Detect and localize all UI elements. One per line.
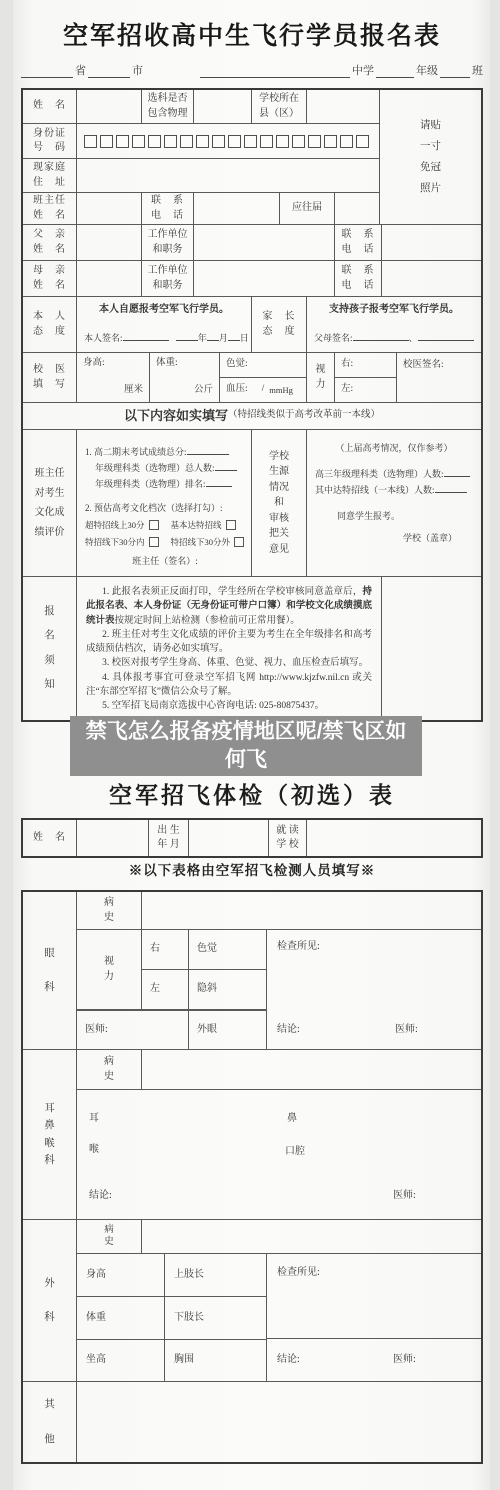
section-header-note: （特招线类似于高考改革前一本线） [228,409,380,423]
blank-self-sign [123,329,169,341]
parent-attitude-label: 家 长 态 度 [263,310,296,339]
ent-doctor-label: 医师: [393,1189,416,1204]
color-bp-cell: 色觉: 血压: / mmHg [220,353,307,402]
surgery-sitting-label: 坐高 [86,1353,106,1368]
other-label: 其 他 [44,1396,55,1448]
evaluation-content-cell: 1. 高二期末考试成绩总分: 年级理科类（选物理）总人数: 年级理科类（选物理）… [77,430,252,576]
f2-school-value-cell [307,820,481,856]
surgery-chest-label: 胸围 [174,1353,194,1368]
f2-name-label: 姓 名 [33,831,66,846]
notice-item-1: 1. 此报名表须正反面打印，学生经所在学校审核同意盖章后，持此报名表、本人身份证… [86,585,372,628]
surgery-weight-cell: 体重 [77,1297,165,1339]
eval-line3-text: 年级理科类（选物理）排名: [95,479,206,489]
other-value-cell [77,1382,481,1462]
teacher-value-cell [77,193,142,224]
notice-empty-cell [382,577,481,720]
form1-top-block: 姓 名 选科是否 包含物理 学校所在 县（区） 身份证 号 码 现家庭 住 址 … [23,90,481,225]
id-digit-box [324,135,337,148]
school-grade-class-group: 中学 年级 班 [200,62,483,78]
row-attitude: 本 人 态 度 本人自愿报考空军飞行学员。 本人签名: 年月日 家 长 态 度 … [23,297,481,353]
surgery-label-cell: 外 科 [23,1220,77,1381]
eye-doctor-row: 医师: 外眼 [77,1010,266,1049]
eval-line-1: 1. 高二期末考试成绩总分: [85,443,245,459]
name-label-cell: 姓 名 [23,90,77,123]
status-value-cell [335,193,379,224]
mother-phone-label-cell: 联 系 电 话 [335,261,382,296]
blank-total-score [187,443,229,455]
address-value-cell [77,159,379,192]
father-label: 父 亲 姓 名 [33,228,66,257]
mother-phone-label: 联 系 电 话 [342,264,375,293]
vision-label-cell: 视 力 [307,353,335,402]
eye-doctor-cell: 医师: [77,1011,189,1049]
vision-left-label: 左: [341,383,353,397]
prev-exam-note: （上届高考情况，仅作参考） [315,442,473,456]
notice-content-cell: 1. 此报名表须正反面打印，学生经所在学校审核同意盖章后，持此报名表、本人身份证… [77,577,382,720]
notice-item-5: 5. 空军招飞局南京选拔中心咨询电话: 025-80875437。 [86,699,372,713]
f2-name-value-cell [77,820,149,856]
month-label: 月 [219,333,228,343]
name-value-cell [77,90,142,123]
weight-label: 体重: [156,357,213,371]
checkbox3-box [149,537,159,547]
ent-label-cell: 耳 鼻 喉 科 [23,1050,77,1219]
self-attitude-label: 本 人 态 度 [33,310,66,339]
blood-pressure-subcell: 血压: / mmHg [220,378,306,402]
father-phone-label-cell: 联 系 电 话 [335,225,382,260]
eye-color-label: 色觉 [197,942,217,957]
id-digit-box [356,135,369,148]
eye-phoria-cell: 隐斜 [189,970,266,1009]
surgery-history-value-cell [142,1220,481,1253]
eval-checkbox-row-1: 超特招线上30分 基本达特招线 [85,519,245,531]
row-section-header: 以下内容如实填写 （特招线类似于高考改革前一本线） [23,403,481,430]
f2-name-label-cell: 姓 名 [23,820,77,856]
eye-vision-label-cell: 视 力 [77,930,142,1009]
form1-title: 空军招收高中生飞行学员报名表 [21,16,483,52]
f2-birth-value-cell [189,820,269,856]
surgery-right-col: 检查所见: 结论: 医师: [267,1254,481,1381]
eval-line1-text: 1. 高二期末考试成绩总分: [85,447,187,457]
id-digit-box [148,135,161,148]
checkbox1-label: 超特招线上30分 [85,519,145,531]
status-label-cell: 应往届 [280,193,335,224]
parent-sign-label: 父母签名: [314,333,353,343]
color-vision-subcell: 色觉: [220,353,306,378]
checkbox2-box [226,520,236,530]
school-seal-line: 学校（盖章） [315,532,473,546]
eye-outer-label: 外眼 [197,1023,217,1038]
surgery-conclusion-cell: 结论: 医师: [267,1339,481,1381]
self-statement: 本人自愿报考空军飞行学员。 [84,303,244,318]
blank-grade [376,66,414,78]
label-province: 省 [75,62,86,78]
form2-fill-note: ※以下表格由空军招飞检测人员填写※ [21,859,483,879]
height-label: 身高: [83,357,143,371]
eye-doctor2-label: 医师: [395,1023,418,1038]
blank-day [228,329,240,341]
surgery-body-row: 身高 上肢长 体重 下肢长 坐高 胸围 [77,1254,481,1381]
checkbox2-label: 基本达特招线 [171,519,222,531]
id-digit-box [196,135,209,148]
blank-month [207,329,219,341]
blank-rank [206,475,232,487]
address-label: 现家庭 住 址 [33,161,66,190]
eye-outer-cell: 外眼 [189,1011,266,1049]
id-digit-box [132,135,145,148]
parent-attitude-label-cell: 家 长 态 度 [252,297,307,352]
f2-school-label: 就 读 学 校 [276,824,299,853]
ent-label: 耳 鼻 喉 科 [44,1100,55,1169]
form2-exam-table: 眼 科 病 史 视 力 右 色觉 [21,890,483,1464]
surgery-findings-label: 检查所见: [277,1266,320,1281]
notice-label-cell: 报 名 须 知 [23,577,77,720]
id-digit-box [116,135,129,148]
eval-line4-text: 2. 预估高考文化档次（选择打勾）: [85,503,223,513]
eye-color-cell: 色觉 [189,930,266,969]
province-city-group: 省 市 [21,62,143,78]
prev-line-1: 高三年级理科类（选物理）人数: [315,465,473,482]
eye-findings-cell: 检查所见: 结论: 医师: [267,930,481,1049]
surgery-upper-cell: 上肢长 [165,1254,266,1296]
color-vision-label: 色觉: [226,358,248,372]
subject-label: 选科是否 包含物理 [148,92,188,121]
form2-title: 空军招飞体检（初选）表 [21,777,483,810]
eye-conclusion-label: 结论: [277,1023,300,1038]
eye-body-row: 视 力 右 色觉 左 隐斜 [77,930,481,1049]
checkbox1-box [149,520,159,530]
form2-identity-row: 姓 名 出 生 年 月 就 读 学 校 [23,820,481,856]
status-label: 应往届 [292,201,322,216]
subject-label-cell: 选科是否 包含物理 [142,90,194,123]
eye-right-label: 右 [150,942,160,957]
father-label-cell: 父 亲 姓 名 [23,225,77,260]
teacher-label: 班主任 姓 名 [33,194,66,223]
evaluation-label-cell: 班主任 对考生 文化成 绩评价 [23,430,77,576]
self-sign-label: 本人签名: [84,333,123,343]
ent-nose-label: 鼻 [287,1112,297,1127]
eye-left-cell: 左 [142,970,189,1009]
mother-phone-cell [382,261,481,296]
eye-history-row: 病 史 [77,892,481,930]
bp-unit: mmHg [269,384,293,396]
id-checkbox-strip [77,124,379,158]
father-phone-cell [382,225,481,260]
id-digit-box [84,135,97,148]
id-digit-box [260,135,273,148]
teacher-sign-line: 班主任（签名）: [85,555,245,568]
parent-attitude-cell: 支持孩子报考空军飞行学员。 父母签名:、 [307,297,481,352]
surgery-lower-label: 下肢长 [174,1311,204,1326]
id-digit-box [164,135,177,148]
doctor-sign-label: 校医签名: [403,359,444,373]
comma: 、 [409,333,418,343]
self-sign-line: 本人签名: 年月日 [84,329,244,345]
father-phone-label: 联 系 电 话 [342,228,375,257]
eye-findings-label: 检查所见: [277,940,320,955]
form1-top-left: 姓 名 选科是否 包含物理 学校所在 县（区） 身份证 号 码 现家庭 住 址 … [23,90,380,224]
surgery-findings-cell: 检查所见: [267,1254,481,1339]
eye-phoria-label: 隐斜 [197,982,217,997]
evaluation-label: 班主任 对考生 文化成 绩评价 [35,464,65,542]
parent-statement: 支持孩子报考空军飞行学员。 [314,303,474,318]
row-id-number: 身份证 号 码 [23,124,379,159]
school-doctor-label-cell: 校 医 填 写 [23,353,77,402]
id-digit-box [340,135,353,148]
surgery-upper-label: 上肢长 [174,1268,204,1283]
eye-left-label: 左 [150,982,160,997]
teacher-label-cell: 班主任 姓 名 [23,193,77,224]
self-attitude-label-cell: 本 人 态 度 [23,297,77,352]
row-mother: 母 亲 姓 名 工作单位 和职务 联 系 电 话 [23,261,481,297]
day-label: 日 [240,333,249,343]
id-digit-box [180,135,193,148]
mother-name-cell [77,261,142,296]
section-ent: 耳 鼻 喉 科 病 史 耳 鼻 喉 口腔 结论: 医师: [23,1050,481,1220]
father-work-label-cell: 工作单位 和职务 [142,225,194,260]
eval-line2-text: 年级理科类（选物理）总人数: [95,463,215,473]
blank-line-count [435,481,467,493]
section-other: 其 他 [23,1382,481,1462]
father-work-cell [194,225,335,260]
surgery-row-1: 身高 上肢长 [77,1254,266,1297]
eye-history-label: 病 史 [104,896,114,925]
surgery-row-2: 体重 下肢长 [77,1297,266,1340]
row-school-doctor: 校 医 填 写 身高: 厘米 体重: 公斤 色觉: 血压: / mmHg 视 力 [23,353,481,403]
checkbox4-label: 特招线下30分外 [171,536,231,548]
ent-throat-label: 喉 [89,1143,99,1158]
section-eye: 眼 科 病 史 视 力 右 色觉 [23,892,481,1050]
other-label-cell: 其 他 [23,1382,77,1462]
ent-ear-label: 耳 [89,1112,99,1127]
subject-value-cell [194,90,252,123]
surgery-weight-label: 体重 [86,1311,106,1326]
prev-line-2: 其中达特招线（一本线）人数: [315,481,473,498]
bp-label: 血压: [226,383,248,397]
notice1-normal: 1. 此报名表须正反面打印，学生经所在学校审核同意盖章后， [102,587,362,597]
mother-work-label-cell: 工作单位 和职务 [142,261,194,296]
eval-line-2: 年级理科类（选物理）总人数: [85,459,245,475]
notice-item-2: 2. 班主任对考生文化成绩的评价主要为考生在全年级排名和高考成绩预估档次，请务必… [86,628,372,657]
surgery-height-label: 身高 [86,1268,106,1283]
surgery-lower-cell: 下肢长 [165,1297,266,1339]
ent-history-value-cell [142,1050,481,1089]
form1-table: 姓 名 选科是否 包含物理 学校所在 县（区） 身份证 号 码 现家庭 住 址 … [21,88,483,722]
father-work-label: 工作单位 和职务 [148,228,188,257]
id-label: 身份证 号 码 [33,127,66,156]
mother-label-cell: 母 亲 姓 名 [23,261,77,296]
blank-parent2 [418,329,474,341]
surgery-row-3: 坐高 胸围 [77,1340,266,1381]
eye-right-cell: 右 [142,930,189,969]
checkbox4-box [234,537,244,547]
eval-line-3: 年级理科类（选物理）排名: [85,475,245,491]
name-label: 姓 名 [33,99,66,114]
surgery-history-label: 病 史 [104,1225,114,1248]
row-notice: 报 名 须 知 1. 此报名表须正反面打印，学生经所在学校审核同意盖章后，持此报… [23,577,481,720]
vision-values-cell: 右: 左: [335,353,397,402]
notice-item-4: 4. 具体报考事宜可登录空军招飞网 http://www.kjzfw.nil.c… [86,671,372,700]
mother-work-cell [194,261,335,296]
vision-label: 视 力 [316,363,326,392]
row-name: 姓 名 选科是否 包含物理 学校所在 县（区） [23,90,379,124]
county-label-cell: 学校所在 县（区） [252,90,307,123]
year-label: 年 [198,333,207,343]
eye-history-value-cell [142,892,481,929]
row-father: 父 亲 姓 名 工作单位 和职务 联 系 电 话 [23,225,481,261]
id-digit-box [212,135,225,148]
surgery-history-label-cell: 病 史 [77,1220,142,1253]
surgery-history-row: 病 史 [77,1220,481,1254]
blank-school [200,66,350,78]
ent-body-cell: 耳 鼻 喉 口腔 结论: 医师: [77,1090,481,1219]
notice-label: 报 名 须 知 [44,600,55,697]
surgery-conclusion-label: 结论: [277,1353,300,1368]
prev-line2-text: 其中达特招线（一本线）人数: [315,485,435,495]
vision-right-subcell: 右: [335,353,396,378]
eval-checkbox-row-2: 特招线下30分内 特招线下30分外 [85,536,245,548]
overlay-banner-text: 禁飞怎么报备疫情地区呢/禁飞区如何飞 [80,718,412,775]
ent-main: 病 史 耳 鼻 喉 口腔 结论: 医师: [77,1050,481,1219]
school-opinion-label-cell: 学校 生源 情况 和 审核 把关 意见 [252,430,307,576]
f2-birth-label: 出 生 年 月 [157,824,180,853]
surgery-doctor-label: 医师: [393,1353,416,1368]
weight-cell: 体重: 公斤 [150,353,220,402]
ent-mouth-label: 口腔 [285,1145,305,1160]
height-unit: 厘米 [83,384,143,398]
eye-left-row: 左 隐斜 [142,970,266,1009]
father-name-cell [77,225,142,260]
section-surgery: 外 科 病 史 身高 上肢长 体重 下肢长 [23,1220,481,1382]
form1-header-line: 省 市 中学 年级 班 [21,60,483,78]
ent-history-label: 病 史 [104,1055,114,1084]
row-teacher: 班主任 姓 名 联 系 电 话 应往届 [23,193,379,224]
f2-birth-label-cell: 出 生 年 月 [149,820,189,856]
row-address: 现家庭 住 址 [23,159,379,193]
surgery-height-cell: 身高 [77,1254,165,1296]
eye-left-grid: 视 力 右 色觉 左 隐斜 [77,930,267,1049]
id-digit-box [276,135,289,148]
notice1-tail: 按规定时间上站检测（参检前可正常用餐）。 [115,616,300,626]
id-digit-box [292,135,305,148]
weight-unit: 公斤 [156,384,213,398]
row-evaluation: 班主任 对考生 文化成 绩评价 1. 高二期末考试成绩总分: 年级理科类（选物理… [23,430,481,577]
id-label-cell: 身份证 号 码 [23,124,77,158]
eye-main: 病 史 视 力 右 色觉 [77,892,481,1049]
teacher-phone-value-cell [194,193,280,224]
ent-conclusion-label: 结论: [89,1189,112,1204]
f2-school-label-cell: 就 读 学 校 [269,820,307,856]
surgery-chest-cell: 胸围 [165,1340,266,1381]
checkbox3-label: 特招线下30分内 [85,536,145,548]
photo-instruction: 请贴 一寸 免冠 照片 [420,115,441,199]
surgery-label: 外 科 [44,1275,55,1327]
eye-right-row: 右 色觉 [142,930,266,970]
section-header-cell: 以下内容如实填写 （特招线类似于高考改革前一本线） [23,403,481,429]
eye-history-label-cell: 病 史 [77,892,142,929]
doctor-sign-cell: 校医签名: [397,353,481,402]
id-digit-box [244,135,257,148]
vision-right-label: 右: [341,358,353,372]
photo-box: 请贴 一寸 免冠 照片 [380,90,481,224]
mother-label: 母 亲 姓 名 [33,264,66,293]
label-city: 市 [132,62,143,78]
blank-parent1 [353,329,409,341]
id-digit-box [228,135,241,148]
ent-history-row: 病 史 [77,1050,481,1090]
mother-work-label: 工作单位 和职务 [148,264,188,293]
blank-year [176,329,198,341]
notice-item-3: 3. 校医对报考学生身高、体重、色觉、视力、血压检查后填写。 [86,656,372,670]
parent-sign-line: 父母签名:、 [314,329,474,345]
surgery-main: 病 史 身高 上肢长 体重 下肢长 坐高 [77,1220,481,1381]
teacher-phone-label: 联 系 电 话 [151,194,184,223]
school-opinion-content-cell: （上届高考情况，仅作参考） 高三年级理科类（选物理）人数: 其中达特招线（一本线… [307,430,481,576]
screenshot-root: 空军招收高中生飞行学员报名表 省 市 中学 年级 班 姓 名 选科是否 包含物理 [0,0,500,1490]
surgery-measures-grid: 身高 上肢长 体重 下肢长 坐高 胸围 [77,1254,267,1381]
county-label: 学校所在 县（区） [259,92,299,121]
blank-class [440,66,470,78]
address-label-cell: 现家庭 住 址 [23,159,77,192]
form2-identity-table: 姓 名 出 生 年 月 就 读 学 校 [21,818,483,858]
id-digit-box [308,135,321,148]
eval-line-4: 2. 预估高考文化档次（选择打勾）: [85,502,245,515]
ent-history-label-cell: 病 史 [77,1050,142,1089]
label-school: 中学 [352,62,374,78]
blank-total-count [215,459,237,471]
school-doctor-label: 校 医 填 写 [33,363,66,392]
eye-doctor-label: 医师: [85,1023,108,1038]
blank-province [21,66,73,78]
eye-label: 眼 科 [44,945,55,997]
height-cell: 身高: 厘米 [77,353,150,402]
eye-label-cell: 眼 科 [23,892,77,1049]
county-value-cell [307,90,379,123]
teacher-phone-label-cell: 联 系 电 话 [142,193,194,224]
blank-city [88,66,130,78]
id-digit-box [100,135,113,148]
label-grade: 年级 [416,62,438,78]
eye-vision-label: 视 力 [104,955,114,984]
blank-grade3-count [444,465,470,477]
school-opinion-label: 学校 生源 情况 和 审核 把关 意见 [269,449,289,558]
vision-left-subcell: 左: [335,378,396,402]
self-attitude-cell: 本人自愿报考空军飞行学员。 本人签名: 年月日 [77,297,252,352]
overlay-banner: 禁飞怎么报备疫情地区呢/禁飞区如何飞 [70,716,422,776]
section-header-main: 以下内容如实填写 [124,407,228,426]
bp-slash: / [262,383,265,397]
prev-line1-text: 高三年级理科类（选物理）人数: [315,469,444,479]
eye-vision-block: 视 力 右 色觉 左 隐斜 [77,930,266,1010]
label-class: 班 [472,62,483,78]
eye-vision-rows: 右 色觉 左 隐斜 [142,930,266,1009]
agree-line: 同意学生报考。 [315,510,473,524]
surgery-sitting-cell: 坐高 [77,1340,165,1381]
